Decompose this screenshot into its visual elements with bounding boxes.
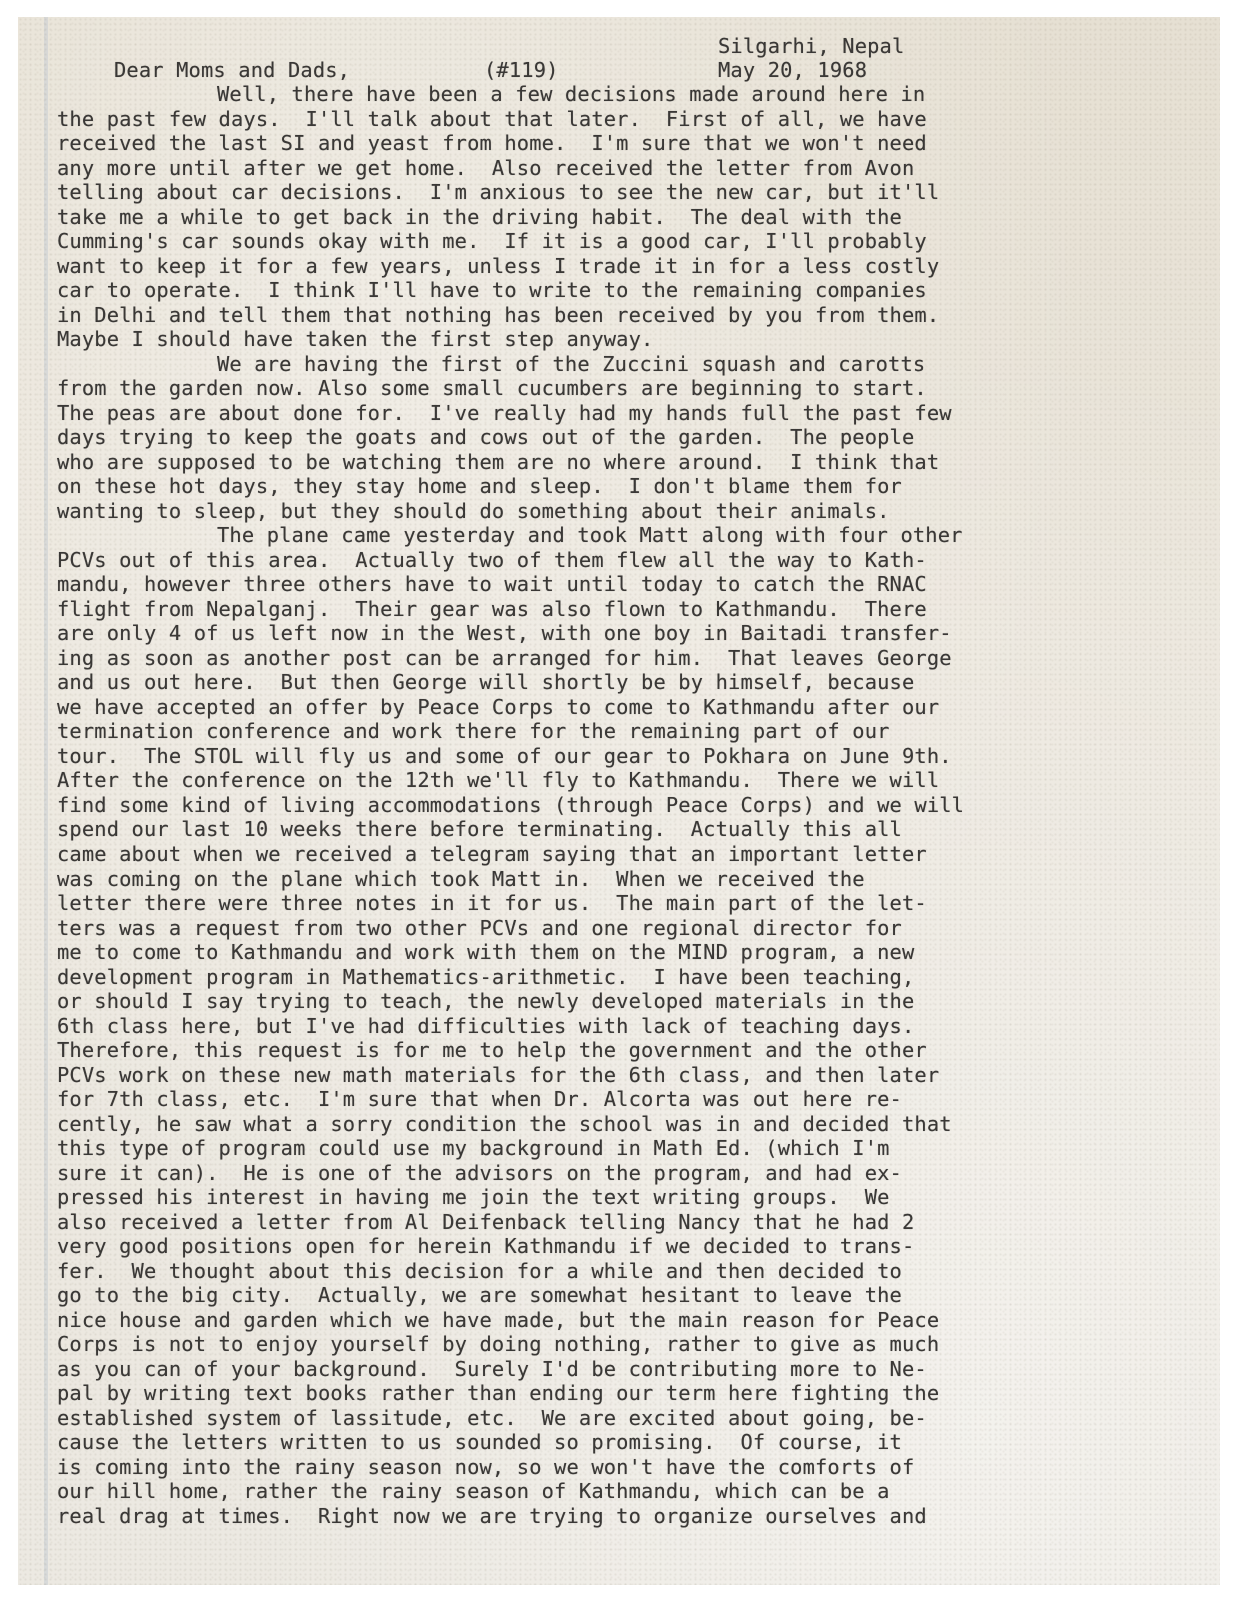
letter-line: pressed his interest in having me join t… [57,1185,964,1210]
letter-line: very good positions open for herein Kath… [57,1234,964,1259]
letter-line: are only 4 of us left now in the West, w… [57,621,964,646]
letter-line: or should I say trying to teach, the new… [57,989,964,1014]
letter-line: ters was a request from two other PCVs a… [57,916,964,941]
letter-line: find some kind of living accommodations … [57,793,964,818]
letter-line: for 7th class, etc. I'm sure that when D… [57,1087,964,1112]
letter-line: take me a while to get back in the drivi… [57,205,964,230]
letter-line: we have accepted an offer by Peace Corps… [57,695,964,720]
letter-line: was coming on the plane which took Matt … [57,867,964,892]
letter-line: cently, he saw what a sorry condition th… [57,1112,964,1137]
letter-line: The plane came yesterday and took Matt a… [57,523,964,548]
letter-line: letter there were three notes in it for … [57,891,964,916]
letter-line: in Delhi and tell them that nothing has … [57,303,964,328]
letter-line: ing as soon as another post can be arran… [57,646,964,671]
letter-line: 6th class here, but I've had difficultie… [57,1014,964,1039]
letter-line: as you can of your background. Surely I'… [57,1357,964,1382]
letter-line: this type of program could use my backgr… [57,1136,964,1161]
letter-line: fer. We thought about this decision for … [57,1259,964,1284]
letter-line: flight from Nepalganj. Their gear was al… [57,597,964,622]
letter-line: me to come to Kathmandu and work with th… [57,940,964,965]
letter-line: on these hot days, they stay home and sl… [57,474,964,499]
letter-line: came about when we received a telegram s… [57,842,964,867]
letter-line: Cumming's car sounds okay with me. If it… [57,229,964,254]
letter-line: tour. The STOL will fly us and some of o… [57,744,964,769]
letter-line: any more until after we get home. Also r… [57,156,964,181]
letter-place: Silgarhi, Nepal [718,34,904,59]
letter-line: After the conference on the 12th we'll f… [57,768,964,793]
letter-number: (#119) [484,58,559,83]
letter-line: real drag at times. Right now we are try… [57,1504,964,1529]
letter-line: Corps is not to enjoy yourself by doing … [57,1332,964,1357]
letter-body: Well, there have been a few decisions ma… [57,82,964,1528]
letter-line: also received a letter from Al Deifenbac… [57,1210,964,1235]
letter-line: mandu, however three others have to wait… [57,572,964,597]
letter-line: go to the big city. Actually, we are som… [57,1283,964,1308]
letter-line: established system of lassitude, etc. We… [57,1406,964,1431]
letter-line: Maybe I should have taken the first step… [57,327,964,352]
letter-line: The peas are about done for. I've really… [57,401,964,426]
letter-line: wanting to sleep, but they should do som… [57,499,964,524]
letter-date: May 20, 1968 [718,58,867,83]
letter-line: sure it can). He is one of the advisors … [57,1161,964,1186]
letter-line: received the last SI and yeast from home… [57,131,964,156]
letter-greeting: Dear Moms and Dads, [114,58,350,83]
letter-line: Therefore, this request is for me to hel… [57,1038,964,1063]
letter-line: car to operate. I think I'll have to wri… [57,278,964,303]
letter-line: PCVs out of this area. Actually two of t… [57,548,964,573]
letter-line: want to keep it for a few years, unless … [57,254,964,279]
letter-line: the past few days. I'll talk about that … [57,107,964,132]
letter-line: nice house and garden which we have made… [57,1308,964,1333]
letter-line: cause the letters written to us sounded … [57,1430,964,1455]
letter-line: PCVs work on these new math materials fo… [57,1063,964,1088]
letter-line: days trying to keep the goats and cows o… [57,425,964,450]
letter-line: and us out here. But then George will sh… [57,670,964,695]
letter-line: development program in Mathematics-arith… [57,965,964,990]
letter-line: who are supposed to be watching them are… [57,450,964,475]
letter-line: is coming into the rainy season now, so … [57,1455,964,1480]
letter-line: our hill home, rather the rainy season o… [57,1479,964,1504]
letter-line: Well, there have been a few decisions ma… [57,82,964,107]
letter-line: termination conference and work there fo… [57,719,964,744]
letter-line: pal by writing text books rather than en… [57,1381,964,1406]
letter-line: telling about car decisions. I'm anxious… [57,180,964,205]
letter-line: spend our last 10 weeks there before ter… [57,817,964,842]
letter-line: from the garden now. Also some small cuc… [57,376,964,401]
letter-line: We are having the first of the Zuccini s… [57,352,964,377]
